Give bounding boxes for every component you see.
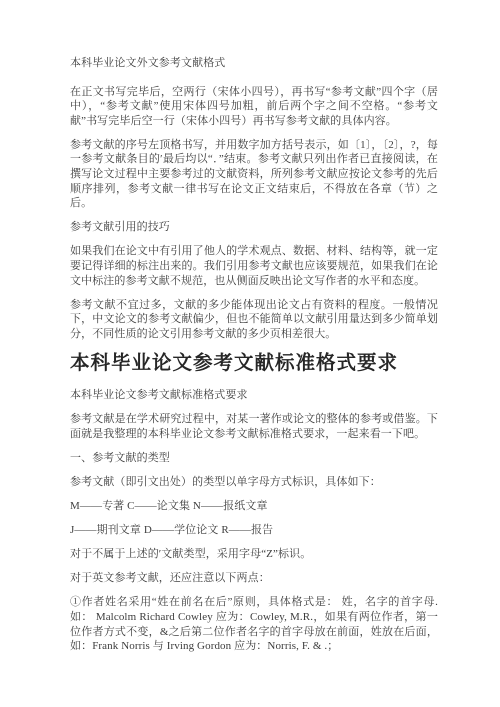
document-page: 本科毕业论文外文参考文献格式 在正文书写完毕后，空两行（宋体小四号），再书写“参… [0,0,500,707]
paragraph-english-refs-intro: 对于英文参考文献，还应注意以下两点： [70,571,438,586]
document-body: 本科毕业论文外文参考文献格式 在正文书写完毕后，空两行（宋体小四号），再书写“参… [70,56,438,654]
section-subtitle: 本科毕业论文参考文献标准格式要求 [70,388,438,403]
paragraph-format: 在正文书写完毕后，空两行（宋体小四号），再书写“参考文献”四个字（居中），“参考… [70,85,438,129]
doc-title-line: 本科毕业论文外文参考文献格式 [70,56,438,71]
paragraph-citation-amount: 参考文献不宜过多，文献的多少能体现出论文占有资料的程度。一般情况下，中文论文的参… [70,298,438,342]
section-heading: 本科毕业论文参考文献标准格式要求 [70,351,438,375]
paragraph-intro: 参考文献是在学术研究过程中，对某一著作或论文的整体的参考或借鉴。下面就是我整理的… [70,412,438,441]
paragraph-author-name-rule: ①作者姓名采用“姓在前名在后”原则，具体格式是： 姓，名字的首字母. 如： Ma… [70,595,438,653]
paragraph-numbering: 参考文献的序号左顶格书写，并用数字加方括号表示，如〔1〕，〔2〕，?，每一参考文… [70,138,438,211]
type-codes-line-2: J——期刊文章 D——学位论文 R——报告 [70,523,438,538]
paragraph-type-codes-intro: 参考文献（即引文出处）的类型以单字母方式标识，具体如下： [70,475,438,490]
list-heading-types: 一、参考文献的类型 [70,451,438,466]
paragraph-type-z: 对于不属于上述的′文献类型，采用字母“Z”标识。 [70,547,438,562]
paragraph-citation-norms: 如果我们在论文中有引用了他人的学术观点、数据、材料、结构等，就一定要记得详细的标… [70,244,438,288]
type-codes-line-1: M——专著 C——论文集 N——报纸文章 [70,499,438,514]
subheading-citation-tips: 参考文献引用的技巧 [70,220,438,235]
